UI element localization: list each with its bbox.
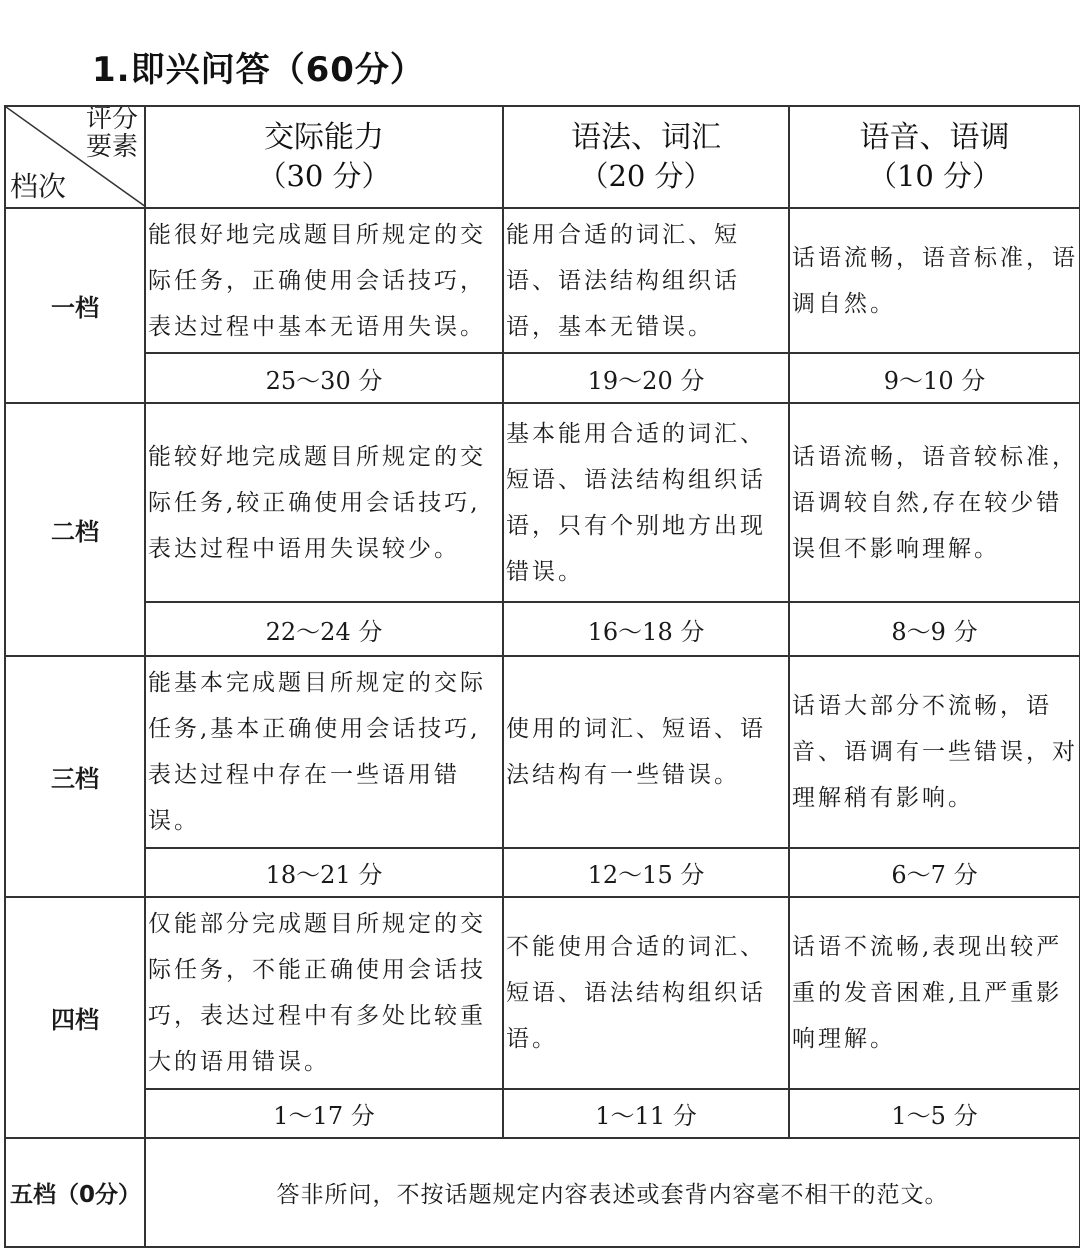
description-cell: 能用合适的词汇、短语、语法结构组织话语，基本无错误。 [503, 208, 789, 353]
score-cell: 16～18 分 [503, 602, 789, 656]
description-cell: 基本能用合适的词汇、短语、语法结构组织话语，只有个别地方出现错误。 [503, 403, 789, 602]
criteria-label: 评分 要素 [86, 107, 138, 161]
column-name: 语法、词汇 [504, 119, 788, 157]
column-name: 交际能力 [146, 119, 502, 157]
column-points: （30 分） [146, 157, 502, 195]
level-label: 档次 [10, 165, 66, 205]
header-grammar-vocab: 语法、词汇 （20 分） [503, 106, 789, 208]
description-cell: 话语流畅，语音较标准，语调较自然,存在较少错误但不影响理解。 [789, 403, 1080, 602]
level-five-row: 五档（0分） 答非所问，不按话题规定内容表述或套背内容毫不相干的范文。 [5, 1138, 1080, 1247]
score-cell: 18～21 分 [145, 848, 503, 897]
level-row: 一档 能很好地完成题目所规定的交际任务，正确使用会话技巧，表达过程中基本无语用失… [5, 208, 1080, 353]
level-label: 二档 [5, 403, 145, 656]
description-cell: 话语流畅，语音标准，语调自然。 [789, 208, 1080, 353]
score-cell: 19～20 分 [503, 353, 789, 403]
level-row: 二档 能较好地完成题目所规定的交际任务,较正确使用会话技巧,表达过程中语用失误较… [5, 403, 1080, 602]
score-cell: 12～15 分 [503, 848, 789, 897]
header-communication: 交际能力 （30 分） [145, 106, 503, 208]
level-label: 一档 [5, 208, 145, 403]
score-cell: 6～7 分 [789, 848, 1080, 897]
score-row: 1～17 分 1～11 分 1～5 分 [5, 1089, 1080, 1138]
description-cell: 能基本完成题目所规定的交际任务,基本正确使用会话技巧,表达过程中存在一些语用错误… [145, 656, 503, 848]
description-cell: 仅能部分完成题目所规定的交际任务，不能正确使用会话技巧，表达过程中有多处比较重大… [145, 897, 503, 1089]
column-points: （10 分） [790, 157, 1079, 195]
description-cell: 使用的词汇、短语、语法结构有一些错误。 [503, 656, 789, 848]
level-row: 三档 能基本完成题目所规定的交际任务,基本正确使用会话技巧,表达过程中存在一些语… [5, 656, 1080, 848]
criteria-label-line1: 评分 [86, 107, 138, 133]
section-title: 1.即兴问答（60分） [92, 42, 425, 91]
header-pronunciation: 语音、语调 （10 分） [789, 106, 1080, 208]
level-label: 三档 [5, 656, 145, 897]
description-cell: 话语不流畅,表现出较严重的发音困难,且严重影响理解。 [789, 897, 1080, 1089]
score-cell: 1～17 分 [145, 1089, 503, 1138]
score-row: 22～24 分 16～18 分 8～9 分 [5, 602, 1080, 656]
level-five-description: 答非所问，不按话题规定内容表述或套背内容毫不相干的范文。 [145, 1138, 1080, 1247]
score-cell: 1～11 分 [503, 1089, 789, 1138]
score-row: 25～30 分 19～20 分 9～10 分 [5, 353, 1080, 403]
description-cell: 话语大部分不流畅，语音、语调有一些错误，对理解稍有影响。 [789, 656, 1080, 848]
description-cell: 不能使用合适的词汇、短语、语法结构组织话语。 [503, 897, 789, 1089]
column-points: （20 分） [504, 157, 788, 195]
score-cell: 1～5 分 [789, 1089, 1080, 1138]
header-row: 评分 要素 档次 交际能力 （30 分） 语法、词汇 （20 分） 语音、语调 … [5, 106, 1080, 208]
score-cell: 25～30 分 [145, 353, 503, 403]
corner-cell: 评分 要素 档次 [5, 106, 145, 208]
description-cell: 能很好地完成题目所规定的交际任务，正确使用会话技巧，表达过程中基本无语用失误。 [145, 208, 503, 353]
level-label: 四档 [5, 897, 145, 1138]
score-cell: 22～24 分 [145, 602, 503, 656]
score-cell: 8～9 分 [789, 602, 1080, 656]
score-cell: 9～10 分 [789, 353, 1080, 403]
level-row: 四档 仅能部分完成题目所规定的交际任务，不能正确使用会话技巧，表达过程中有多处比… [5, 897, 1080, 1089]
column-name: 语音、语调 [790, 119, 1079, 157]
scoring-rubric-table: 评分 要素 档次 交际能力 （30 分） 语法、词汇 （20 分） 语音、语调 … [4, 105, 1080, 1248]
score-row: 18～21 分 12～15 分 6～7 分 [5, 848, 1080, 897]
level-label: 五档（0分） [5, 1138, 145, 1247]
criteria-label-line2: 要素 [86, 133, 138, 161]
description-cell: 能较好地完成题目所规定的交际任务,较正确使用会话技巧,表达过程中语用失误较少。 [145, 403, 503, 602]
